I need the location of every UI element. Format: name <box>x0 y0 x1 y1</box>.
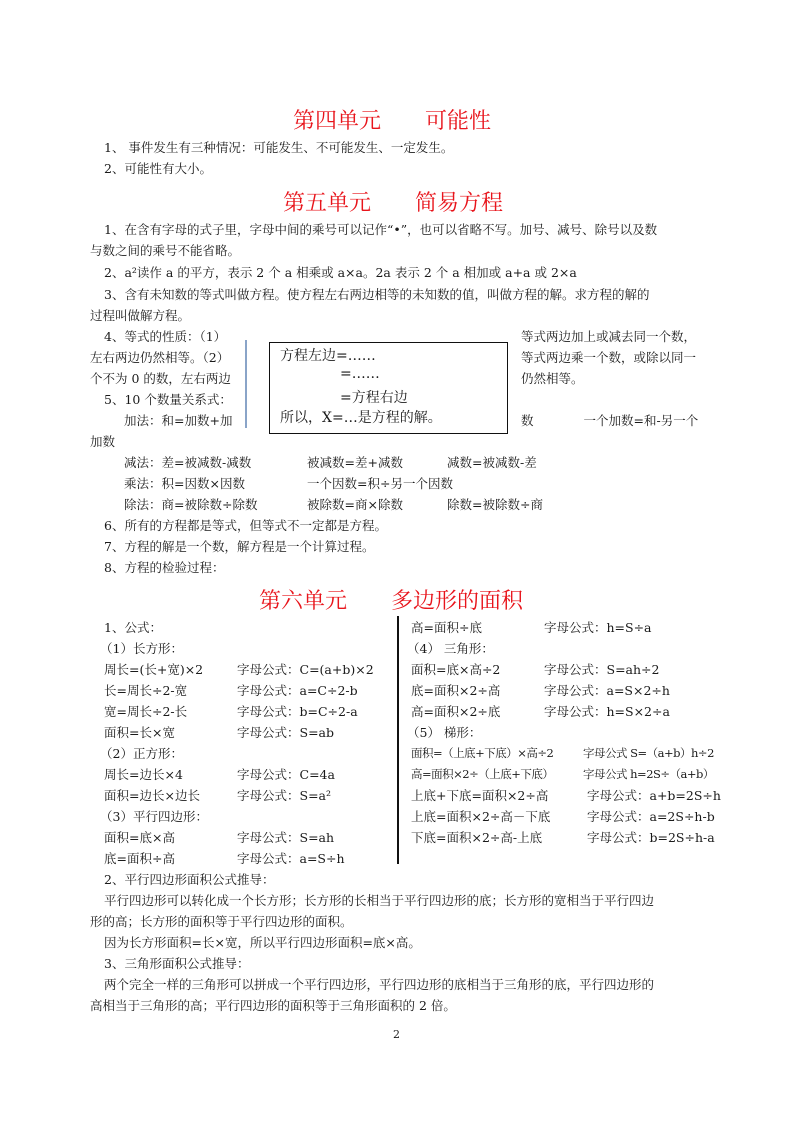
unit5-p3a: 3、含有未知数的等式叫做方程。使方程左右两边相等的未知数的值，叫做方程的解。求方… <box>104 284 649 305</box>
page-number: 2 <box>393 1028 400 1041</box>
relations-heading: 5、10 个数量关系式： <box>104 389 232 410</box>
equation-property-right-2: 等式两边乘一个数，或除以同一 <box>521 347 696 368</box>
subtraction-rel-2: 被减数=差+减数 <box>307 452 403 473</box>
formula-left-7: 周长=边长×4 <box>104 764 183 785</box>
formula-left-7-letter: 字母公式：C=4a <box>237 764 335 785</box>
section3-text-b: 高相当于三角形的高；平行四边形的面积等于三角形面积的 2 倍。 <box>90 995 456 1016</box>
formula-left-5-letter: 字母公式：S=ab <box>237 722 334 743</box>
box-line-4: 所以，X=…是方程的解。 <box>280 407 442 427</box>
formula-left-10: 面积=底×高 <box>104 827 175 848</box>
formula-right-3: 底=面积×2÷高 <box>411 680 500 701</box>
unit5-p7: 7、方程的解是一个数，解方程是一个计算过程。 <box>104 536 374 557</box>
equation-property-left-1: 4、等式的性质：（1） <box>104 326 226 347</box>
formula-right-0-letter: 字母公式：h=S÷a <box>544 617 652 638</box>
section3-text-a: 两个完全一样的三角形可以拼成一个平行四边形，平行四边形的底相当于三角形的底，平行… <box>104 974 654 995</box>
formula-right-6-letter: 字母公式 S=（a+b）h÷2 <box>583 743 714 764</box>
formula-left-2: 周长=(长+宽)×2 <box>104 659 203 680</box>
formula-left-6: （2）正方形： <box>100 743 183 764</box>
equation-property-left-3: 个不为 0 的数，左右两边 <box>90 368 231 389</box>
unit6-title: 第六单元 多边形的面积 <box>259 584 523 615</box>
formula-right-8: 上底+下底=面积×2÷高 <box>411 785 548 806</box>
unit5-p3b: 过程叫做解方程。 <box>90 305 190 326</box>
formula-right-4: 高=面积×2÷底 <box>411 701 500 722</box>
formula-left-11: 底=面积÷高 <box>104 848 175 869</box>
formula-right-0: 高=面积÷底 <box>411 617 482 638</box>
formula-left-3: 长=周长÷2-宽 <box>104 680 187 701</box>
formula-left-4: 宽=周长÷2-长 <box>104 701 187 722</box>
addition-relation-cont: 加数 <box>90 431 115 452</box>
multiplication-rel-1: 乘法：积=因数×因数 <box>124 473 245 494</box>
formula-left-8: 面积=边长×边长 <box>104 785 200 806</box>
formula-right-9-letter: 字母公式：a=2S÷h-b <box>587 806 715 827</box>
division-rel-3: 除数=被除数÷商 <box>447 494 543 515</box>
equation-property-right-3: 仍然相等。 <box>521 368 584 389</box>
unit5-title: 第五单元 简易方程 <box>283 186 503 217</box>
box-line-1: 方程左边=…… <box>280 345 376 365</box>
formula-right-5: （5） 梯形： <box>407 722 481 743</box>
box-line-2: =…… <box>340 366 380 382</box>
margin-divider <box>245 340 247 428</box>
formula-right-1: （4） 三角形： <box>407 638 494 659</box>
formula-right-7-letter: 字母公式 h=2S÷（a+b） <box>583 764 714 785</box>
unit5-p1b: 与数之间的乘号不能省略。 <box>90 240 240 261</box>
formula-left-2-letter: 字母公式：C=(a+b)×2 <box>237 659 374 680</box>
formula-left-4-letter: 字母公式：b=C÷2-a <box>237 701 358 722</box>
unit5-p1a: 1、在含有字母的式子里，字母中间的乘号可以记作“•”，也可以省略不写。加号、减号… <box>104 219 657 240</box>
unit5-p6: 6、所有的方程都是等式，但等式不一定都是方程。 <box>104 515 387 536</box>
formula-left-5: 面积=长×宽 <box>104 722 175 743</box>
division-rel-2: 被除数=商×除数 <box>307 494 403 515</box>
section2-text-c: 因为长方形面积=长×宽，所以平行四边形面积=底×高。 <box>104 932 421 953</box>
formula-right-10: 下底=面积×2÷高-上底 <box>411 827 542 848</box>
addition-relation-right: 数 一个加数=和-另一个 <box>521 410 698 431</box>
unit5-p2: 2、a²读作 a 的平方，表示 2 个 a 相乘或 a×a。2a 表示 2 个 … <box>104 262 577 283</box>
unit4-line-1: 1、 事件发生有三种情况：可能发生、不可能发生、一定发生。 <box>104 137 453 158</box>
formula-left-1: （1）长方形： <box>100 638 183 659</box>
formula-right-3-letter: 字母公式：a=S×2÷h <box>544 680 670 701</box>
section2-text-b: 形的高；长方形的面积等于平行四边形的面积。 <box>90 911 353 932</box>
formula-left-8-letter: 字母公式：S=a² <box>237 785 331 806</box>
formula-right-4-letter: 字母公式：h=S×2÷a <box>544 701 670 722</box>
formula-right-10-letter: 字母公式：b=2S÷h-a <box>587 827 715 848</box>
multiplication-rel-2: 一个因数=积÷另一个因数 <box>307 473 453 494</box>
section3-title: 3、三角形面积公式推导： <box>104 953 249 974</box>
formula-left-0: 1、公式： <box>104 617 162 638</box>
addition-relation-start: 加法：和=加数+加 <box>124 410 232 431</box>
unit4-title: 第四单元 可能性 <box>293 104 491 135</box>
formula-left-9: （3）平行四边形： <box>100 806 208 827</box>
formula-left-11-letter: 字母公式：a=S÷h <box>237 848 345 869</box>
formula-right-8-letter: 字母公式：a+b=2S÷h <box>587 785 721 806</box>
box-line-3: =方程右边 <box>340 387 408 407</box>
formula-right-2-letter: 字母公式：S=ah÷2 <box>544 659 659 680</box>
division-rel-1: 除法：商=被除数÷除数 <box>124 494 257 515</box>
section2-text-a: 平行四边形可以转化成一个长方形；长方形的长相当于平行四边形的底；长方形的宽相当于… <box>104 890 654 911</box>
formula-right-9: 上底=面积×2÷高－下底 <box>411 806 550 827</box>
formula-left-10-letter: 字母公式：S=ah <box>237 827 334 848</box>
subtraction-rel-3: 减数=被减数-差 <box>447 452 537 473</box>
equation-check-box: 方程左边=…… =…… =方程右边 所以，X=…是方程的解。 <box>269 342 508 434</box>
section2-title: 2、平行四边形面积公式推导： <box>104 869 274 890</box>
unit5-p8: 8、方程的检验过程： <box>104 557 224 578</box>
unit4-line-2: 2、可能性有大小。 <box>104 158 212 179</box>
formula-right-7: 高=面积×2÷（上底+下底） <box>411 764 553 785</box>
equation-property-right-1: 等式两边加上或减去同一个数， <box>521 326 696 347</box>
subtraction-rel-1: 减法：差=被减数-减数 <box>124 452 251 473</box>
formula-right-6: 面积=（上底+下底）×高÷2 <box>411 743 553 764</box>
formula-right-2: 面积=底×高÷2 <box>411 659 500 680</box>
column-divider <box>397 616 399 864</box>
formula-left-3-letter: 字母公式：a=C÷2-b <box>237 680 358 701</box>
equation-property-left-2: 左右两边仍然相等。（2） <box>90 347 229 368</box>
